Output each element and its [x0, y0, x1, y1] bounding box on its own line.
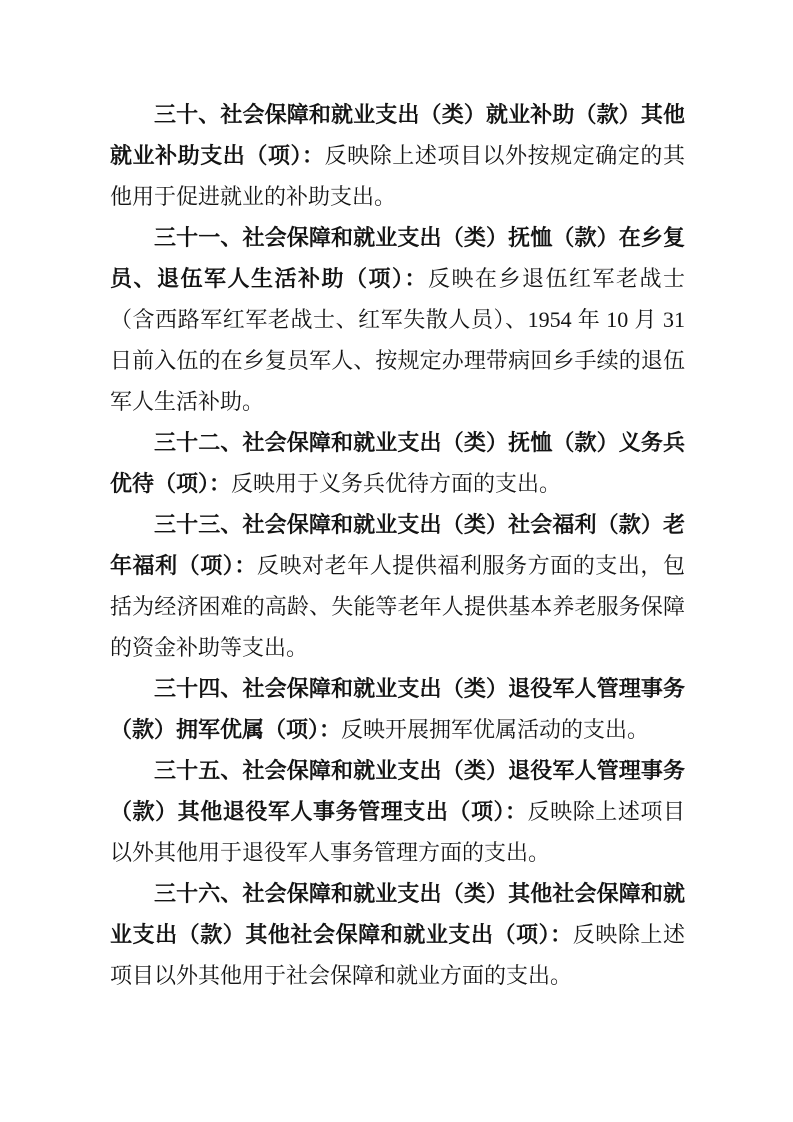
clause-body: 反映开展拥军优属活动的支出。 — [341, 717, 649, 742]
document-page: 三十、社会保障和就业支出（类）就业补助（款）其他就业补助支出（项）：反映除上述项… — [0, 0, 793, 1122]
clause-paragraph-34: 三十四、社会保障和就业支出（类）退役军人管理事务（款）拥军优属（项）：反映开展拥… — [110, 668, 685, 750]
clause-paragraph-35: 三十五、社会保障和就业支出（类）退役军人管理事务（款）其他退役军人事务管理支出（… — [110, 750, 685, 873]
clause-body: 反映用于义务兵优待方面的支出。 — [231, 471, 561, 496]
clause-paragraph-33: 三十三、社会保障和就业支出（类）社会福利（款）老年福利（项）：反映对老年人提供福… — [110, 504, 685, 668]
clause-paragraph-31: 三十一、社会保障和就业支出（类）抚恤（款）在乡复员、退伍军人生活补助（项）：反映… — [110, 217, 685, 422]
clause-paragraph-32: 三十二、社会保障和就业支出（类）抚恤（款）义务兵优待（项）：反映用于义务兵优待方… — [110, 422, 685, 504]
clause-paragraph-36: 三十六、社会保障和就业支出（类）其他社会保障和就业支出（款）其他社会保障和就业支… — [110, 873, 685, 996]
clause-paragraph-30: 三十、社会保障和就业支出（类）就业补助（款）其他就业补助支出（项）：反映除上述项… — [110, 94, 685, 217]
